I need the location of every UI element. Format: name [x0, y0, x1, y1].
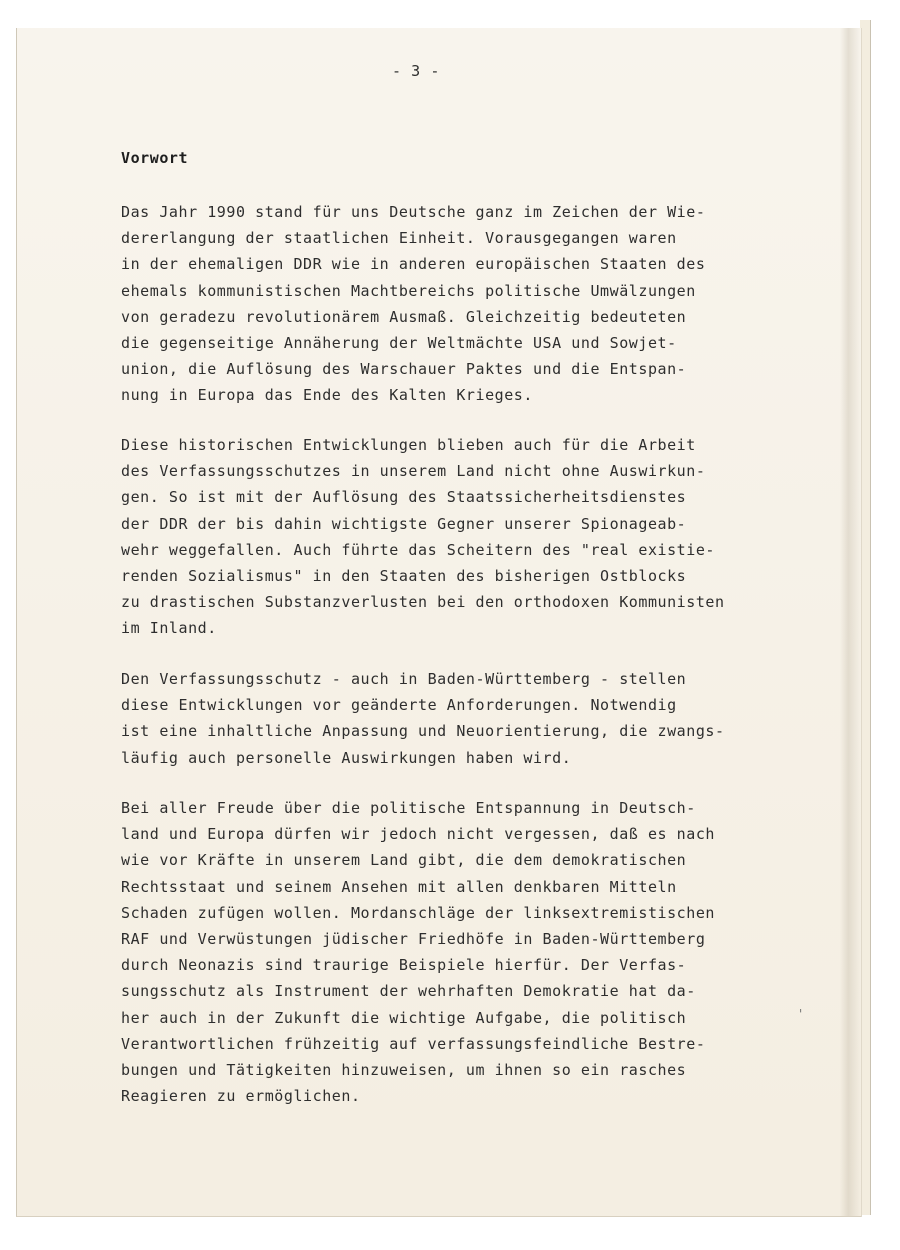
text-line: RAF und Verwüstungen jüdischer Friedhöfe…	[121, 926, 715, 952]
text-line: Reagieren zu ermöglichen.	[121, 1083, 715, 1109]
text-line: sungsschutz als Instrument der wehrhafte…	[121, 978, 715, 1004]
text-line: die gegenseitige Annäherung der Weltmäch…	[121, 330, 705, 356]
text-line: durch Neonazis sind traurige Beispiele h…	[121, 952, 715, 978]
text-line: Diese historischen Entwicklungen blieben…	[121, 432, 725, 458]
paragraph-4: Bei aller Freude über die politische Ent…	[121, 795, 715, 1109]
text-line: der DDR der bis dahin wichtigste Gegner …	[121, 511, 725, 537]
text-line: dererlangung der staatlichen Einheit. Vo…	[121, 225, 705, 251]
text-line: wie vor Kräfte in unserem Land gibt, die…	[121, 847, 715, 873]
text-line: Bei aller Freude über die politische Ent…	[121, 795, 715, 821]
text-line: Verantwortlichen frühzeitig auf verfassu…	[121, 1031, 715, 1057]
text-line: her auch in der Zukunft die wichtige Auf…	[121, 1005, 715, 1031]
text-line: von geradezu revolutionärem Ausmaß. Glei…	[121, 304, 705, 330]
text-line: gen. So ist mit der Auflösung des Staats…	[121, 484, 725, 510]
text-line: bungen und Tätigkeiten hinzuweisen, um i…	[121, 1057, 715, 1083]
text-line: ist eine inhaltliche Anpassung und Neuor…	[121, 718, 725, 744]
text-line: läufig auch personelle Auswirkungen habe…	[121, 745, 725, 771]
text-line: union, die Auflösung des Warschauer Pakt…	[121, 356, 705, 382]
paragraph-2: Diese historischen Entwicklungen blieben…	[121, 432, 725, 642]
text-line: diese Entwicklungen vor geänderte Anford…	[121, 692, 725, 718]
text-line: renden Sozialismus" in den Staaten des b…	[121, 563, 725, 589]
margin-mark: '	[797, 1007, 805, 1021]
text-line: des Verfassungsschutzes in unserem Land …	[121, 458, 725, 484]
page-number: - 3 -	[392, 62, 440, 80]
text-line: Rechtsstaat und seinem Ansehen mit allen…	[121, 874, 715, 900]
text-line: land und Europa dürfen wir jedoch nicht …	[121, 821, 715, 847]
text-line: Schaden zufügen wollen. Mordanschläge de…	[121, 900, 715, 926]
text-line: Den Verfassungsschutz - auch in Baden-Wü…	[121, 666, 725, 692]
paragraph-1: Das Jahr 1990 stand für uns Deutsche gan…	[121, 199, 705, 409]
text-line: Das Jahr 1990 stand für uns Deutsche gan…	[121, 199, 705, 225]
page-edge-strip	[860, 20, 871, 1215]
text-line: zu drastischen Substanzverlusten bei den…	[121, 589, 725, 615]
text-line: in der ehemaligen DDR wie in anderen eur…	[121, 251, 705, 277]
text-line: nung in Europa das Ende des Kalten Krieg…	[121, 382, 705, 408]
text-line: wehr weggefallen. Auch führte das Scheit…	[121, 537, 725, 563]
text-line: im Inland.	[121, 615, 725, 641]
text-line: ehemals kommunistischen Machtbereichs po…	[121, 278, 705, 304]
section-heading: Vorwort	[121, 149, 188, 167]
paragraph-3: Den Verfassungsschutz - auch in Baden-Wü…	[121, 666, 725, 771]
